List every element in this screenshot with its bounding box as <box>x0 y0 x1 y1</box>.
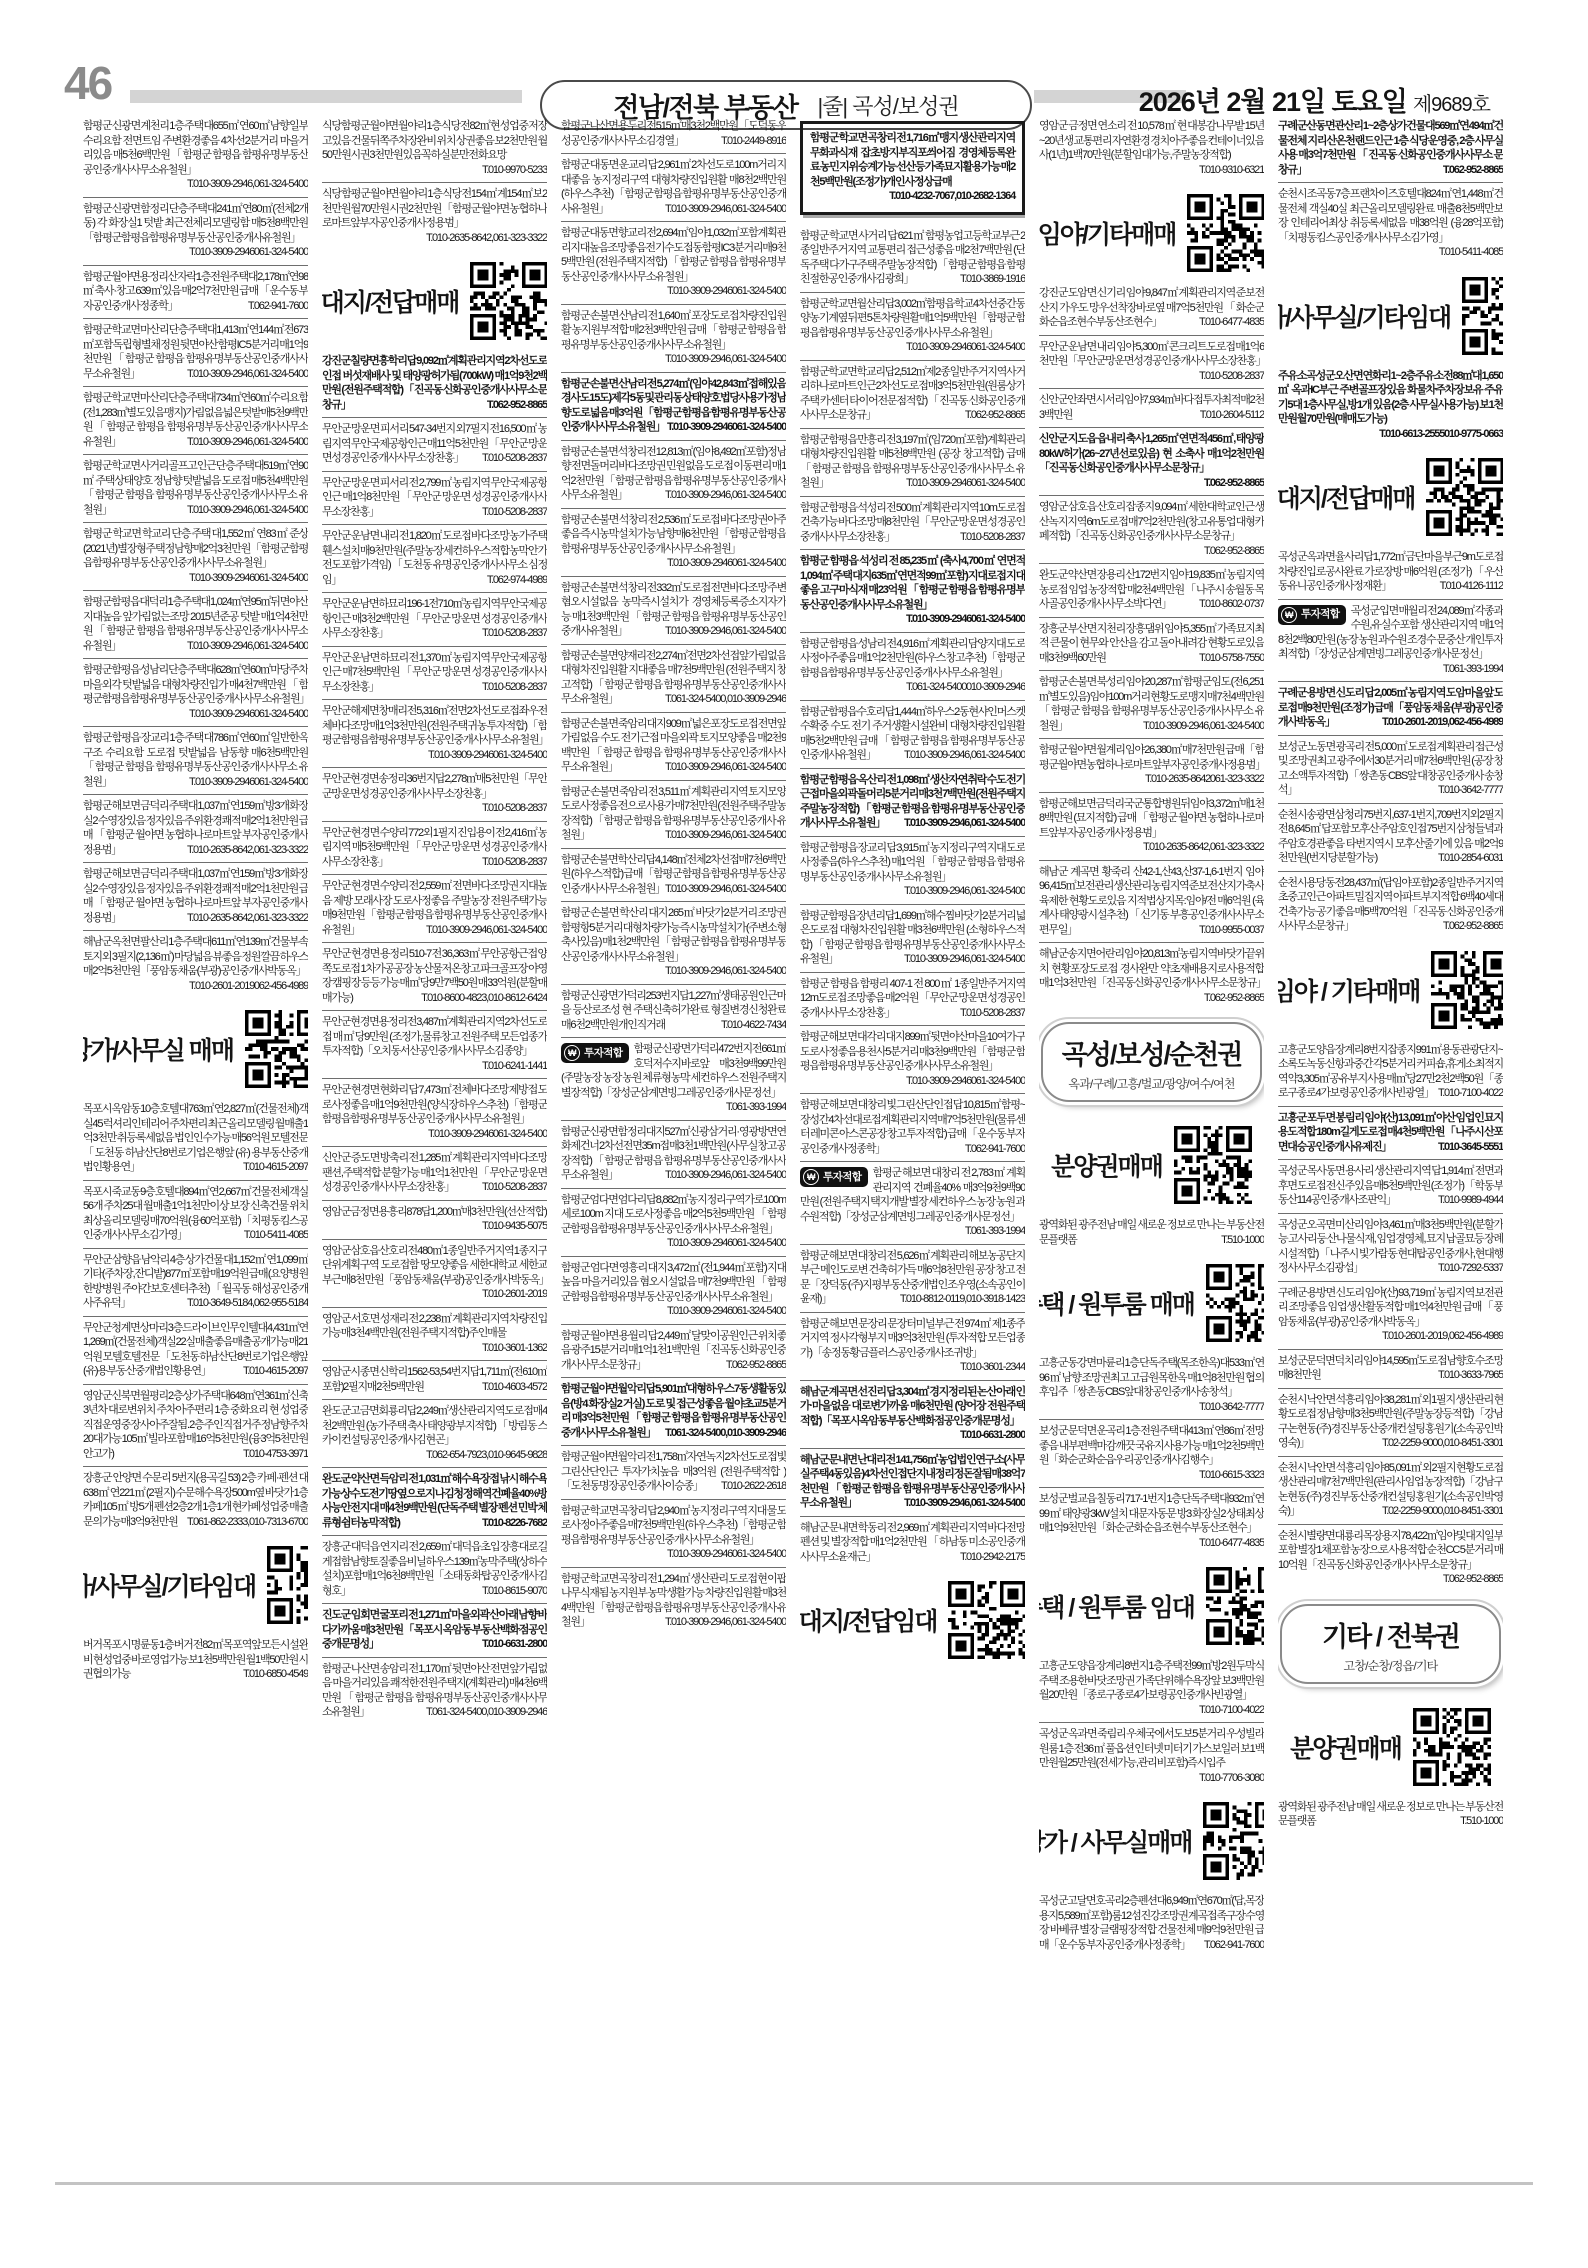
classified-ad: 광역화된 광주전남 매일 새로운 정보로 만나는 부동산전문 플랫폼 T. 51… <box>1278 1796 1503 1834</box>
section-title: 대지/전답매매 <box>1278 479 1414 515</box>
ad-body-text: 함평군 손불면 석창리 전 2,536㎡ 도로접 바다조망권아주좋음 즉시농막설… <box>561 514 786 555</box>
phone-number: T. 010-5208-2837 <box>482 505 547 520</box>
classified-ad: 보성군 벌교읍 칠동리 717-1번지 1층 단독주택 대932㎡ 연99㎡ 태… <box>1039 1487 1264 1555</box>
classified-ad: 무안군 운남면 하묘리 196-1 전 710㎡ 농림지역 무안국제공항인근 매… <box>322 592 547 646</box>
phone-number: T. 010-5208-2837 <box>482 451 547 466</box>
phone-number: T. 010-8226-7682 <box>482 1516 547 1531</box>
classified-ad: 함평군 해보면 금덕리 주택 대1,037㎡ 연159㎡ 방3개 화장실2 수영… <box>83 794 308 862</box>
phone-number: T. 010-3909-2946 061-324-5400 <box>667 420 786 435</box>
phone-number: T. 062-952-8865 <box>1204 476 1264 491</box>
ad-body-text: 해남군 송지면 어란리 임야 20,813㎡ 농림지역 바닷가끝위치 현황포장도… <box>1039 948 1264 989</box>
classified-ad: 해남군 송지면 어란리 임야 20,813㎡ 농림지역 바닷가끝위치 현황포장도… <box>1039 942 1264 1010</box>
phone-number: T. 010-3909-2946,061-324-5400 <box>665 1615 786 1630</box>
phone-number: T. 010-5208-2837 <box>482 855 547 870</box>
section-title: 분양권매매 <box>1290 1729 1401 1765</box>
ad-body-text: 영암군 금정면 용흥리 878 답 1,200㎡ 매3천만원 (선산적합) <box>322 1206 547 1218</box>
classified-ad: 함평군 손불면 석창리 전 332㎡ 도로접 전면바다조망 주변혐오시설없음 농… <box>561 576 786 644</box>
classified-ad: 주유소 곡성군 오산면 연화리 1~2층 주유소 전88㎡ 대1,650㎡ 옥과… <box>1278 365 1503 447</box>
section-header: 주택 / 원투룸 매매 <box>1039 1252 1264 1352</box>
phone-number: T. 010-9989-4944 <box>1438 1193 1503 1208</box>
classified-ad: 함평군 함평읍 함평리 407-1 전 800㎡ 1종일반주거지역 12m도로접… <box>800 972 1025 1026</box>
phone-number: T. 061-393-1994 <box>726 1100 786 1115</box>
qr-code-icon <box>470 262 547 340</box>
classified-ad: 함평군 월야면 월악리 답 5,901㎡ 대형하우스7동 생활동있음(방4 화장… <box>561 1377 786 1445</box>
ad-body-text: 해남군 계곡면 선진리 답 3,304㎡ 경지정리된 논 산아래 인가·마을없음… <box>800 1386 1025 1427</box>
newspaper-page: 46 전남/전북 부동산 |줄| 곡성/보성권 2026년 2월 21일 토요일… <box>0 0 1588 2268</box>
classified-ad: 영암군 금정면 연소리 전 10,578㎡ 현 대봉감나무밭 15년~20년생 … <box>1039 115 1264 182</box>
classified-ad: 구례군 용방면 신도리 임야(산) 93,719㎡ 농림지역 보전관리 조망좋음… <box>1278 1281 1503 1349</box>
classified-ad: 함평군 신광면 계천리 1층 주택 대655㎡ 연60㎡ 남향 일부수리요함 전… <box>83 115 308 197</box>
classified-ad: 장흥군 안양면 수문리 5번지(용곡길 53) 2층 카페·펜션 대638㎡ 연… <box>83 1466 308 1534</box>
classified-ad: 무안군 해제면 창매리 전 5,316㎡ 전면2차선도로접 좌우전체바다조망 매… <box>322 699 547 767</box>
phone-number: T. 010-3909-2946,061-324-5400 <box>187 177 308 192</box>
phone-number: T. 062-952-8865 <box>1204 544 1264 559</box>
phone-number: T. 062-952-8865 <box>1204 991 1264 1006</box>
classified-ad: 함평군 함평읍 석성리 전 500㎡ 계획관리지역 10m도로접 건축가능 바다… <box>800 496 1025 550</box>
phone-number: T. 010-6241-1441 <box>482 1059 547 1074</box>
section-title: 상가/사무실 매매 <box>83 1031 233 1067</box>
qr-code-icon <box>245 1010 308 1088</box>
classified-ad: 완도군 약산면 장용리 산172번지 임야 19,835㎡ 농림지역 농로접 임… <box>1039 563 1264 617</box>
phone-number: T. 010-4615-2097 <box>243 1364 308 1379</box>
classified-ad: 영암군 신북면 월평리 2층 상가주택 대648㎡ 연361㎡ 신축3년차 대로… <box>83 1384 308 1467</box>
phone-number: T. 010-3909-2946,061-324-5400 <box>665 352 786 367</box>
phone-number: T. 010-6477-4835 <box>1199 315 1264 330</box>
phone-number: T. 062-654-7923,010-9645-9828 <box>426 1448 547 1463</box>
classified-ad: 함평군 대동면 운교리 답 2,961㎡ 2차선도로 100m거리 지대좋음 농… <box>561 153 786 221</box>
classified-ad: 함평군 엄다면 영흥리 대지 3,472㎡ (전1,944㎡포함) 지대높음 마… <box>561 1256 786 1324</box>
ad-body-text: 함평군 함평읍 장교리 답 3,915㎡ 농지정리구역 지대 도로사정좋음(하우… <box>800 842 1025 883</box>
phone-number: T. 010-3909-2946,061-324-5400 <box>665 964 786 979</box>
classified-ad: 함평군 엄다면 엄다리 답 8,882㎡ 농지정리구역 가로100m 세로100… <box>561 1188 786 1256</box>
phone-number: T. 061-393-1994 <box>1443 662 1503 677</box>
classified-ad: 함평군 손불면 북성리 임야 20,287㎡ 함평군임도 (전6,251㎡별도있… <box>1039 670 1264 738</box>
section-header: 상가/사무실 매매 <box>83 998 308 1098</box>
classified-ad: 함평군 학교면 곡창리 전 1,294㎡ 생산관리 도로접 현 이팝나무식재됨 … <box>561 1567 786 1635</box>
phone-number: T. 061-393-1994 <box>965 1224 1025 1239</box>
phone-number: T. 010-3909-2946 061-324-5400 <box>906 340 1025 355</box>
ad-body-text: 영암군 서호면 성재리 전 2,238㎡ 계획관리지역 차량진입가능 매3천4백… <box>322 1313 547 1340</box>
qr-code-icon <box>1413 1708 1491 1786</box>
phone-number: T. 010-2601-2019 062-456-4989 <box>189 979 308 994</box>
classified-ad: 무안군 현경면 수양리 전 2,559㎡ 전면바다조망권 지대높음 제방 모래사… <box>322 874 547 942</box>
ad-body-text: 함평군 함평읍 석성리 전 85,235㎡ (축사4,700㎡ 연면적1,094… <box>800 555 1025 611</box>
phone-number: T. 010-2604-5112 <box>1200 408 1264 423</box>
classified-ad: 함평군 학교면 사거리 골프고인근 단층 주택 대519㎡ 연90㎡ 주택상태양… <box>83 454 308 522</box>
classified-ad: 함평군 학교면 월산리 답 3,002㎡ 함평읍 학교4차선중간 동양농기계옆 … <box>800 292 1025 360</box>
phone-number: T. 010-2601-2019 <box>482 1287 547 1302</box>
ad-body-text: 함평군 엄다면 영흥리 대지 3,472㎡ (전1,944㎡포함) 지대높음 마… <box>561 1262 786 1303</box>
phone-number: T. 010-5208-2837 <box>960 1006 1025 1021</box>
ad-body-text: 신안군 지도읍 읍내리 축사 1,265㎡ 연면적456㎡, 태양광80kW허가… <box>1039 433 1264 474</box>
region-title: 기타 / 전북권 <box>1286 1615 1495 1654</box>
classified-ad: 순천시 낙안면 석흥리 임야 38,281㎡ 외1필지 생산관리 현황도로접 정… <box>1278 1388 1503 1456</box>
phone-number: T. 010-7100-4022 <box>1438 1086 1503 1101</box>
phone-number: T. 010-5208-2837 <box>960 530 1025 545</box>
phone-number: T. 010-4622-7434 <box>721 1018 786 1033</box>
phone-number: T. 010-3909-2946,061-324-5400 <box>904 1496 1025 1511</box>
ad-body-text: 함평군 손불면 산남리 전 1,640㎡ 포장도로접 차량진입원활 농지원부적합… <box>561 310 786 351</box>
classified-ad: 함평군 신광면 함정리 대지 527㎡ 신광삼거리·영광방면 연화제건너 2차선… <box>561 1120 786 1188</box>
classified-ad: 함평군 학교면 마산리 단층 주택 대734㎡ 연60㎡ 수리요함 (전1,28… <box>83 386 308 454</box>
classified-ad: 함평군 학교면 학교리 단층 주택 대1,552㎡ 연83㎡ 준상(2021년)… <box>83 522 308 590</box>
classified-ad: 무안군 운남면 하묘리 전 1,370㎡ 농림지역 무안국제공항인근 매7천5백… <box>322 646 547 700</box>
classified-ad: 함평군 신광면 함정리 단층 주택 대241㎡ 연80㎡ (전체2개동) 각 화… <box>83 197 308 265</box>
classified-ad: 진도군 임회면 굴포리 전 1,271㎡ 마을외곽 산아래 남향 바다가까움 매… <box>322 1603 547 1657</box>
classified-ad: 함평군 손불면 석창리 전 2,536㎡ 도로접 바다조망권아주좋음 즉시농막설… <box>561 508 786 576</box>
phone-number: T. 010-3909-2946 061-324-5400 <box>667 1547 786 1562</box>
phone-number: T. 010-4232-7067,010-2682-1364 <box>889 189 1015 204</box>
section-title: 상가/사무실/기타임대 <box>1278 298 1450 334</box>
classified-ad: 함평군 함평읍 성남리 단층 주택 대628㎡ 연60㎡ 마당주차 마을외각 텃… <box>83 658 308 726</box>
ad-body-text: 함평군 함평읍 성남리 단층 주택 대628㎡ 연60㎡ 마당주차 마을외각 텃… <box>83 664 308 705</box>
section-header: 대지/전답임대 <box>800 1569 1025 1669</box>
qr-code-icon <box>1426 458 1503 536</box>
classified-ad: 함평군 해보면 금덕리 국군통합병원뒤 임야 3,372㎡ 매1천8백만원 (묘… <box>1039 792 1264 860</box>
column-4: 함평군 학교면 곡창리 전 1,716㎡ 맹지 생산관리지역 무화과식재 잡초방… <box>800 115 1025 2173</box>
ad-body-text: 영암군 금정면 연소리 전 10,578㎡ 현 대봉감나무밭 15년~20년생 … <box>1039 120 1264 161</box>
phone-number: T. 010-3909-2946 061-324-5400 <box>189 571 308 586</box>
phone-number: T. 010-3909-2946,061-324-5400 <box>665 760 786 775</box>
phone-number: T. 010-6613-2555 010-9775-0663 <box>1379 427 1503 442</box>
date-text: 2026년 2월 21일 토요일 <box>1139 87 1407 117</box>
classified-ad: 무안군 현경면 현화리 답 7,473㎡ 전체바다조망 제방접 도로사정좋음 매… <box>322 1078 547 1146</box>
phone-number: T. 010-3909-2946,061-324-5400 <box>904 748 1025 763</box>
phone-number: T. 061-324-5400,010-3909-2946 <box>665 1426 786 1441</box>
classified-ad: 순천시 조곡동 7층 프랜차이즈호텔 대824㎡ 연1,448㎡ 건물전체 객실… <box>1278 182 1503 265</box>
phone-number: T. 061-324-5400,010-3909-2946 <box>665 692 786 707</box>
phone-number: T. 010-3642-7777 <box>1438 783 1503 798</box>
ad-body-text: 함평군 함평읍 성남리 전 4,916㎡ 계획관리 담양지대 도로사정아주좋음 … <box>800 638 1025 679</box>
phone-number: T. 010-2942-2175 <box>960 1550 1025 1565</box>
phone-number: T. 010-9435-5075 <box>482 1219 547 1234</box>
ad-body-text: 함평군 엄다면 엄다리 답 8,882㎡ 농지정리구역 가로100m 세로100… <box>561 1194 786 1235</box>
phone-number: T. 010-2635-8642,061-323-3322 <box>426 231 547 246</box>
classified-ad: 무안군 현경면 수양리 772외 1필지 진입용이 전2,416㎡ 농림지역 매… <box>322 821 547 875</box>
section-header: 주택 / 원투룸 임대 <box>1039 1555 1264 1655</box>
phone-number: T. 061-324-5400 010-3909-2946 <box>906 680 1025 695</box>
phone-number: T. 010-3909-2946,061-324-5400 <box>1143 719 1264 734</box>
section-title: 대지/전답임대 <box>800 1602 936 1638</box>
section-title: 주택 / 원투룸 매매 <box>1039 1285 1194 1321</box>
qr-code-icon <box>1174 1126 1252 1204</box>
region-title: 곡성/보성/순천권 <box>1047 1033 1256 1072</box>
phone-number: T. 010-5208-2837 <box>482 801 547 816</box>
phone-number: T. 010-3601-2344 <box>960 1360 1025 1375</box>
phone-number: T. 010-5758-7550 <box>1199 651 1264 666</box>
column-5: 영암군 금정면 연소리 전 10,578㎡ 현 대봉감나무밭 15년~20년생 … <box>1039 115 1264 2173</box>
phone-number: T. 010-2635-8642,061-323-3322 <box>1143 840 1264 855</box>
investment-badge-icon: ₩투자적합 <box>1278 605 1346 625</box>
classified-ad: 무안군 현경면 용정리 510-7 전 36,363㎡ 무안공항근접 양쪽도로접… <box>322 942 547 1010</box>
section-title: 임야/기타매매 <box>1039 215 1175 251</box>
section-header: 임야/기타매매 <box>1039 182 1264 282</box>
classified-ad: 곡성군 옥과면 율사리 답 1,772㎡ 금단마을부근 9m도로접 차량진입로공… <box>1278 546 1503 599</box>
header-rule-left <box>130 90 522 103</box>
phone-number: T. 010-5208-2837 <box>482 680 547 695</box>
classified-ad: 함평군 손불면 학산리 대지 265㎡ 바닷가2분거리 조망권 함평항5분거리 … <box>561 901 786 984</box>
classified-ad: 함평군 함평읍 장교리 답 3,915㎡ 농지정리구역 지대 도로사정좋음(하우… <box>800 836 1025 904</box>
classified-ad: 보성군 문덕면 덕치리 임야 14,595㎡ 도로접 남향 호수조망 매8천만원… <box>1278 1349 1503 1388</box>
phone-number: T. 010-2601-2019,062-456-4989 <box>1382 1329 1503 1344</box>
phone-number: T. 010-3909-2946,061-324-5400 <box>904 952 1025 967</box>
classified-ad: 함평군 함평읍 장년리 답 1,699㎡ 해수찜 바닷가2분거리 넓은도로접 대… <box>800 904 1025 972</box>
section-title: 분양권매매 <box>1051 1147 1162 1183</box>
classified-ad: 무안군 삼향읍 남악리 4층 상가건물 대1,152㎡ 연1,099㎡ 기타(주… <box>83 1248 308 1316</box>
classified-ad: 영암군 금정면 용흥리 878 답 1,200㎡ 매3천만원 (선산적합) T.… <box>322 1200 547 1239</box>
ad-body-text: 보성군 문덕면 운곡리 1층 전원주택 대413㎡ 연86㎡ 전망좋음 내부편백… <box>1039 1425 1264 1466</box>
phone-number: T. 010-3645-5551 <box>1438 1140 1503 1155</box>
classified-ad: 순천시 낙안면 석흥리 임야 85,091㎡ 외2필지 현황도로접 생산관리 매… <box>1278 1456 1503 1524</box>
ad-body-text: 무안군 해제면 창매리 전 5,316㎡ 전면2차선도로접 좌우전체바다조망 매… <box>322 705 547 746</box>
ad-body-text: 완도군 고금면 회룡리 답 2,249㎡ 생산관리지역 도로접 매4천2백만원 … <box>322 1405 547 1446</box>
phone-number: T. 010-2622-2618 <box>721 1479 786 1494</box>
ad-body-text: 해남군 옥천면 팔산리 1층 주택 대611㎡ 연139㎡ 건물부속토지외 3필… <box>83 936 308 977</box>
phone-number: T. 010-2635-8642,061-323-3322 <box>187 911 308 926</box>
classified-ad: 순천시 별량면 대룡리 목장용지 78,422㎡ 임야 및 대지일부포함 별장1… <box>1278 1524 1503 1592</box>
classified-ad: 신안군 지도읍 읍내리 축사 1,265㎡ 연면적456㎡, 태양광80kW허가… <box>1039 427 1264 495</box>
column-6: 구례군 산동면 관산리 1~2층 상가건물 대569㎡ 연494㎡ 건물전체 지… <box>1278 115 1503 2173</box>
phone-number: T. 010-3909-2946,061-324-5400 <box>187 435 308 450</box>
ad-body-text: 식당 함평군 월야면 월야리 1층 식당 전82㎡ 현 성업중 저장고있음 건물… <box>322 120 547 161</box>
phone-number: T. 010-8615-9070 <box>482 1584 547 1599</box>
ad-body-text: 곡성군 옥과면 죽림리 우체국에서도보5분거리 우성빌라원룸 1층 전36㎡ 풀… <box>1039 1728 1264 1769</box>
classified-ad: 식당 함평군 월야면 월야리 1층 식당 전82㎡ 현 성업중 저장고있음 건물… <box>322 115 547 182</box>
classified-ad: ₩투자적합곡성군 입면 매월리 전 24,089㎡ 각종과수원,유실수포함 생산… <box>1278 599 1503 682</box>
classified-ad: 함평군 월야면 용월리 답 2,449㎡ 달맞이공원인근 위치좋음 광주15분거… <box>561 1324 786 1378</box>
phone-number: T. 010-3909-2946 061-324-5400 <box>667 1236 786 1251</box>
section-header: 상가/사무실/기타임대 <box>83 1534 308 1634</box>
section-title: 대지/전답매매 <box>322 283 458 319</box>
ad-body-text: 영암군 삼호읍 산호리 전 480㎡ 1종일반주거지역 1종지구단위계획구역 도… <box>322 1245 547 1286</box>
classified-ad: 고흥군 포두면 봉림리 임야(산) 13,091㎡ 야산 임업인 묘지용도적합 … <box>1278 1106 1503 1160</box>
phone-number: T. 010-3909-2946,061-324-5400 <box>187 367 308 382</box>
classified-ad: 무안군 운남면 내리 전 1,820㎡ 도로접 바다조망 농가주택 휀스설치 매… <box>322 524 547 592</box>
phone-number: T. 010-5208-2837 <box>1199 369 1264 384</box>
phone-number: T. 010-3633-7965 <box>1438 1368 1503 1383</box>
classified-ad: 곡성군 오곡면 미산리 임야 3,461㎡ 매3천5백만원 (분할가능 고사리둥… <box>1278 1213 1503 1281</box>
qr-code-icon <box>1462 277 1503 355</box>
phone-number: T. 010-3909-2946,061-324-5400 <box>665 202 786 217</box>
classified-ad: 구례군 용방면 신도리 답 2,005㎡ 농림지역 도암마을앞 도로접 매9천만… <box>1278 681 1503 735</box>
phone-number: T. 062-952-8865 <box>965 408 1025 423</box>
classified-ad: 보성군 노동면 광곡리 전 5,000㎡ 도로접 계획관리 접근성 및 조망권최… <box>1278 735 1503 803</box>
region-box: 곡성/보성/순천권옥과/구례/고흥/벌교/광양/여수/여천 <box>1041 1022 1262 1102</box>
classified-ad: 함평군 함평읍 만흥리 전 3,197㎡ (임720㎡포함) 계획관리 대형차량… <box>800 428 1025 496</box>
qr-code-icon <box>1206 1567 1264 1645</box>
classified-ad: 무안군 현경면 용정리 전 3,487㎡ 계획관리지역 2차선도로접 매 ㎡당9… <box>322 1010 547 1078</box>
phone-number: T. 062-941-7600 <box>248 299 308 314</box>
classified-ad: 식당 함평군 월야면 월야리 1층 식당 전154㎡ 계154㎡ 보2천만원 월… <box>322 182 547 250</box>
phone-number: T. 010-3909-2946 061-324-5400 <box>667 1304 786 1319</box>
classified-ad: 함평군 손불면 학산리 답 4,148㎡ 전체2차선접 매7천6백만원 (하우스… <box>561 848 786 902</box>
phone-number: T. 062-941-7600 <box>1204 1938 1264 1953</box>
investment-badge-icon: ₩투자적합 <box>561 1043 629 1063</box>
classified-ad: 완도군 약산면 득암리 전 1,031㎡ 해수욕장접 낚시 해수욕가능 상수도 … <box>322 1467 547 1535</box>
phone-number: T. 010-4126-1112 <box>1440 579 1503 594</box>
phone-number: T. 010-3601-1362 <box>482 1341 547 1356</box>
phone-number: T. 010-3642-7777 <box>1199 1400 1264 1415</box>
classified-ad: 곡성군 옥과면 죽림리 우체국에서도보5분거리 우성빌라원룸 1층 전36㎡ 풀… <box>1039 1722 1264 1790</box>
phone-number: T. 010-3909-2946,061-324-5400 <box>904 816 1025 831</box>
column-3: 함평군 나산면 용두리 전 515㎡ 매3천2백만원 「도덕동 우성공인중개사사… <box>561 115 786 2173</box>
classified-ad: 곡성군 목사동면 용사리 생산관리지역 답 1,914㎡ 전면과 후면 도로접 … <box>1278 1159 1503 1213</box>
ad-body-text: 순천시 별량면 대룡리 목장용지 78,422㎡ 임야 및 대지일부포함 별장1… <box>1278 1530 1503 1571</box>
classified-ad: 함평군 함평읍 옥산리 전 1,098㎡ 생산자연취락 수도 전기근접 마을외곽… <box>800 768 1025 836</box>
classified-ad: 무안군 망운면 피서리 전 2,799㎡ 농림지역 무안국제공항인근 매1억8천… <box>322 471 547 525</box>
classified-ad: 함평군 나산면 송암리 전 1,170㎡ 뒷면야산 전면 앞가림없음 마을거리있… <box>322 1657 547 1725</box>
phone-number: T. 010-3909-2946 061-324-5400 <box>667 284 786 299</box>
section-header: 대지/전답매매 <box>322 250 547 350</box>
phone-number: T. 010-3909-2946 061-324-5400 <box>906 476 1025 491</box>
phone-number: T. 010-3909-2946,061-324-5400 <box>665 488 786 503</box>
bottom-rule <box>55 2182 1533 2185</box>
classified-ad: 함평군 손불면 양재리 전 2,274㎡ 전면2차선접 앞가림없음 대형차진입원… <box>561 644 786 712</box>
ad-body-text: 함평군 해보면 대각리 대지 899㎡ 뒷면야산 마을10여가구 도로사정좋음 … <box>800 1031 1025 1072</box>
region-box: 기타 / 전북권고창/순창/정읍/기타 <box>1280 1604 1501 1684</box>
classified-ad: 해남군 옥천면 팔산리 1층 주택 대611㎡ 연139㎡ 건물부속토지외 3필… <box>83 930 308 998</box>
classified-ad: 순천시 용당동 전 28,437㎡ (답 임야포함) 2종일반주거지역 초중고인… <box>1278 871 1503 939</box>
ad-body-text: 함평군 해보면 문장리 문장터미널부근 전 974㎡ 제1종주거지역 정사각형부… <box>800 1318 1025 1359</box>
ad-body-text: 함평군 학교면 월산리 답 3,002㎡ 함평읍 학교4차선중간 동양농기계옆 … <box>800 298 1025 339</box>
phone-number: T. 02-2259-9000,010-8451-3301 <box>1382 1436 1503 1451</box>
phone-number: T. 510-1000 <box>1460 1814 1503 1829</box>
ad-body-text: 함평군 월야면 월계리 임야 26,380㎡ 매7천만원 급매 「함평군 월야면… <box>1039 744 1264 771</box>
classified-ad: 함평군 대동면 향교리 전 2,694㎡ 임야 1,032㎡ 포함 계획관리 지… <box>561 221 786 304</box>
ad-body-text: 함평군 신광면 계천리 1층 주택 대655㎡ 연60㎡ 남향 일부수리요함 전… <box>83 120 308 176</box>
phone-number: T. 010-5411-4085 <box>244 1228 308 1243</box>
phone-number: T. 010-3869-1916 <box>960 272 1025 287</box>
phone-number: T. 010-2854-6031 <box>1438 851 1503 866</box>
classified-ad: 함평군 손불면 죽암리 대지 909㎡ 넓은포장도로접 전면앞가림없음 수도 전… <box>561 712 786 780</box>
phone-number: T. 061-324-5400,010-3909-2946 <box>426 1705 547 1720</box>
won-icon: ₩ <box>564 1045 580 1061</box>
ad-body-text: 함평군 해보면 금덕리 국군통합병원뒤 임야 3,372㎡ 매1천8백만원 (묘… <box>1039 798 1264 839</box>
classified-ad: 해남군 계곡면 선진리 답 3,304㎡ 경지정리된 논 산아래 인가·마을없음… <box>800 1380 1025 1448</box>
classified-ad: 함평군 해보면 대창리 빛그린산단인접 답 10,815㎡ 함평~장성간 4차선… <box>800 1093 1025 1161</box>
ad-body-text: 순천시 조곡동 7층 프랜차이즈호텔 대824㎡ 연1,448㎡ 건물전체 객실… <box>1278 188 1503 244</box>
ad-body-text: 식당 함평군 월야면 월야리 1층 식당 전154㎡ 계154㎡ 보2천만원 월… <box>322 188 547 229</box>
region-subtitle: 고창/순창/정읍/기타 <box>1286 1657 1495 1674</box>
classified-ad: 함평군 학교면 사거리 답 621㎡ 함평농업고등학교부근 2종일반주거지역 교… <box>800 225 1025 292</box>
ad-body-text: 무안군 현경면 송정리 36번지 답 2,278㎡ 매5천만원 「무안군 망운면… <box>322 773 547 800</box>
investment-badge-icon: ₩투자적합 <box>800 1167 868 1187</box>
phone-number: T. 010-2635-8642 061-323-3322 <box>1145 772 1264 787</box>
classified-ad: 강진군 도암면 신기리 임야 9,847㎡ 계획관리지역 준보전산지 가우도 망… <box>1039 282 1264 335</box>
classified-ad: 함평군 함평읍 수호리 답 1,444㎡ 하우스2동 현 샤인머스켓수확중 수도… <box>800 700 1025 768</box>
won-icon: ₩ <box>1281 607 1297 623</box>
classified-ad: 함평군 손불면 산남리 전 1,640㎡ 포장도로접 차량진입원활 농지원부적합… <box>561 304 786 372</box>
phone-number: T. 010-3909-2946,061-324-5400 <box>665 882 786 897</box>
classified-ad: 함평군 월야면 월계리 임야 26,380㎡ 매7천만원 급매 「함평군 월야면… <box>1039 738 1264 792</box>
ad-body-text: 주유소 곡성군 오산면 연화리 1~2층 주유소 전88㎡ 대1,650㎡ 옥과… <box>1278 370 1503 426</box>
phone-number: T. 010-9955-0037 <box>1199 923 1264 938</box>
classified-ad: 무안군 운남면 내리 임야 5,300㎡ 콘크리트도로접 매1억6천만원 「무안… <box>1039 335 1264 389</box>
classified-ad: 함평군 학교면 곡창리 전 1,716㎡ 맹지 생산관리지역 무화과식재 잡초방… <box>800 121 1025 215</box>
phone-number: T. 010-8600-4823,010-8612-6424 <box>421 991 547 1006</box>
classified-ad: 장흥군 부산면 지천리 장흥댐위 임야 5,355㎡ 가족묘지최적 큰물이 현무… <box>1039 617 1264 671</box>
section-title: 상가/사무실/기타임대 <box>83 1567 255 1603</box>
phone-number: T. 010-7100-4022 <box>1199 1703 1264 1718</box>
qr-code-icon <box>1187 194 1264 272</box>
classified-ad: 해남군 문내면 학동리 전 2,969㎡ 계획관리지역 바다전망 펜션 및 별장… <box>800 1516 1025 1570</box>
classified-ad: 영암군 삼호읍 산호리 잡종지 9,094㎡ 세한대학교인근 생산녹지지역 6m… <box>1039 495 1264 563</box>
phone-number: T. 010-3909-2946,061-324-5400 <box>187 639 308 654</box>
classified-ad: 구례군 산동면 관산리 1~2층 상가건물 대569㎡ 연494㎡ 건물전체 지… <box>1278 115 1503 182</box>
classified-ad: 목포시 죽교동 9층 호텔 대894㎡ 연2,667㎡ 건물전체 객실56개 주… <box>83 1180 308 1248</box>
phone-number: T. 010-2635-8642,061-323-3322 <box>187 843 308 858</box>
classified-ad: 버거 목포시 명륜동 1층 버거 전82㎡ 목포역앞 모든시설완비 현성업중 바… <box>83 1634 308 1687</box>
phone-number: T. 010-8812-0119,010-3918-1423 <box>900 1292 1025 1307</box>
classified-ad: 곡성군 고달면 호곡리 2층 펜션 대6,949㎡ 연670㎡ (답,목장용지5… <box>1039 1890 1264 1957</box>
classified-ad: 무안군 현경면 송정리 36번지 답 2,278㎡ 매5천만원 「무안군 망운면… <box>322 767 547 821</box>
phone-number: T. 062-952-8865 <box>1443 1572 1503 1587</box>
classified-ad: 함평군 손불면 죽암리 전 3,511㎡ 계획관리지역 토지모양 도로사정좋음 … <box>561 780 786 848</box>
section-title: 주택 / 원투룸 임대 <box>1039 1588 1194 1624</box>
won-icon: ₩ <box>803 1169 819 1185</box>
section-header: 상가/사무실/기타임대 <box>1278 265 1503 365</box>
region-subtitle: 옥과/구례/고흥/벌교/광양/여수/여천 <box>1047 1075 1256 1092</box>
phone-number: T. 010-7292-5337 <box>1438 1261 1503 1276</box>
classified-ad: 함평군 학교면 마산리 단층 주택 대1,413㎡ 연144㎡ 전673㎡포함 … <box>83 318 308 386</box>
phone-number: T. 010-4603-4572 <box>482 1380 547 1395</box>
phone-number: T. 010-9310-6321 <box>1199 163 1264 178</box>
classified-ad: 고흥군 도양읍 장계리 8번지 1층 주택 전99㎡ 방2 원두막식주택 조용한… <box>1039 1655 1264 1722</box>
classified-ad: 함평군 손불면 석창리 전 12,813㎡ (임야8,492㎡포함) 정남향 전… <box>561 440 786 508</box>
classified-ad: 함평군 함평읍 대덕리 1층 주택 대1,024㎡ 연95㎡ 뒤면야산 지대높음… <box>83 590 308 658</box>
ad-body-text: 무안군 현경면 용정리 전 3,487㎡ 계획관리지역 2차선도로접 매 ㎡당9… <box>322 1016 547 1057</box>
classified-ad: ₩투자적합함평군 해보면 대창리 전 2,783㎡ 계획관리지역 건폐율40% … <box>800 1161 1025 1244</box>
ad-body-text: 함평군 학교면 곡창리 전 1,716㎡ 맹지 생산관리지역 무화과식재 잡초방… <box>810 132 1015 188</box>
phone-number: T. 062-974-4989 <box>487 573 547 588</box>
classified-ad: 신안군 증도면 방축리 전 1,285㎡ 계획관리지역 바다조망 팬션,주택적합… <box>322 1146 547 1200</box>
phone-number: T. 010-9970-5233 <box>482 163 547 178</box>
phone-number: T. 010-6850-4549 <box>243 1667 308 1682</box>
qr-code-icon <box>1203 1802 1264 1880</box>
classified-ad: 신안군 안좌면 시서리 임야 7,934㎡ 바다접 투자최적 매2천3백만원 T… <box>1039 388 1264 427</box>
section-header: 분양권매매 <box>1278 1696 1503 1796</box>
classified-ad: 순천시 송광면 삼청리 75번지,637-1번지,709번지외2필지 전 8,6… <box>1278 803 1503 871</box>
phone-number: T. 010-2449-8916 <box>721 134 786 149</box>
phone-number: T. 010-3909-2946,061-324-5400 <box>665 828 786 843</box>
classified-ad: 함평군 나산면 용두리 전 515㎡ 매3천2백만원 「도덕동 우성공인중개사사… <box>561 115 786 153</box>
issue-number: 제9689호 <box>1413 94 1490 116</box>
columns: 함평군 신광면 계천리 1층 주택 대655㎡ 연60㎡ 남향 일부수리요함 전… <box>83 115 1508 2173</box>
classified-ad: 해남군 계곡면 황죽리 산42-1,산43,산37-1,6-1번지 임야 96,… <box>1039 860 1264 943</box>
qr-code-icon <box>1431 951 1503 1029</box>
phone-number: T. 062-941-7600 <box>965 1142 1025 1157</box>
classified-ad: 함평군 학교면 곡창리 답 2,940㎡ 농지정리구역 지대 물 도로사정아주좋… <box>561 1499 786 1567</box>
column-1: 함평군 신광면 계천리 1층 주택 대655㎡ 연60㎡ 남향 일부수리요함 전… <box>83 115 308 2173</box>
ad-body-text: 고흥군 동강면 마륜리 1층 단독주택(목조한옥) 대533㎡ 연96㎡ 남향 … <box>1039 1357 1264 1398</box>
phone-number: T. 010-3909-2946,061-324-5400 <box>665 1168 786 1183</box>
classified-ad: 장흥군 대덕읍 연지리 전 2,659㎡ 대덕읍초입 장흥대로길게접함 남향 토… <box>322 1535 547 1603</box>
section-header: 임야 / 기타매매 <box>1278 939 1503 1039</box>
phone-number: T. 010-2601-2019,062-456-4989 <box>1382 715 1503 730</box>
classified-ad: ₩투자적합함평군 신광면 가덕리 472번지 전 661㎡ 호덕저수지바로앞 매… <box>561 1037 786 1120</box>
classified-ad: 목포시 옥암동 10층 호텔 대763㎡ 연2,827㎡ (건물전체) 객실45… <box>83 1098 308 1180</box>
classified-ad: 영암군 삼호읍 산호리 전 480㎡ 1종일반주거지역 1종지구단위계획구역 도… <box>322 1239 547 1307</box>
phone-number: T. 061-862-2333,010-7313-6700 <box>187 1515 308 1530</box>
phone-number: T. 010-3909-2946 061-324-5400 <box>189 245 308 260</box>
section-header: 분양권매매 <box>1039 1114 1264 1214</box>
page-number: 46 <box>64 56 111 110</box>
phone-number: T. 010-5208-2837 <box>482 1180 547 1195</box>
ad-body-text: 함평군 학교면 곡창리 답 2,940㎡ 농지정리구역 지대 물 도로사정아주좋… <box>561 1505 786 1546</box>
classified-ad: 함평군 해보면 문장리 문장터미널부근 전 974㎡ 제1종주거지역 정사각형부… <box>800 1312 1025 1380</box>
classified-ad: 영암군 서호면 성재리 전 2,238㎡ 계획관리지역 차량진입가능 매3천4백… <box>322 1307 547 1361</box>
phone-number: T. 010-3909-2946,061-324-5400 <box>904 884 1025 899</box>
